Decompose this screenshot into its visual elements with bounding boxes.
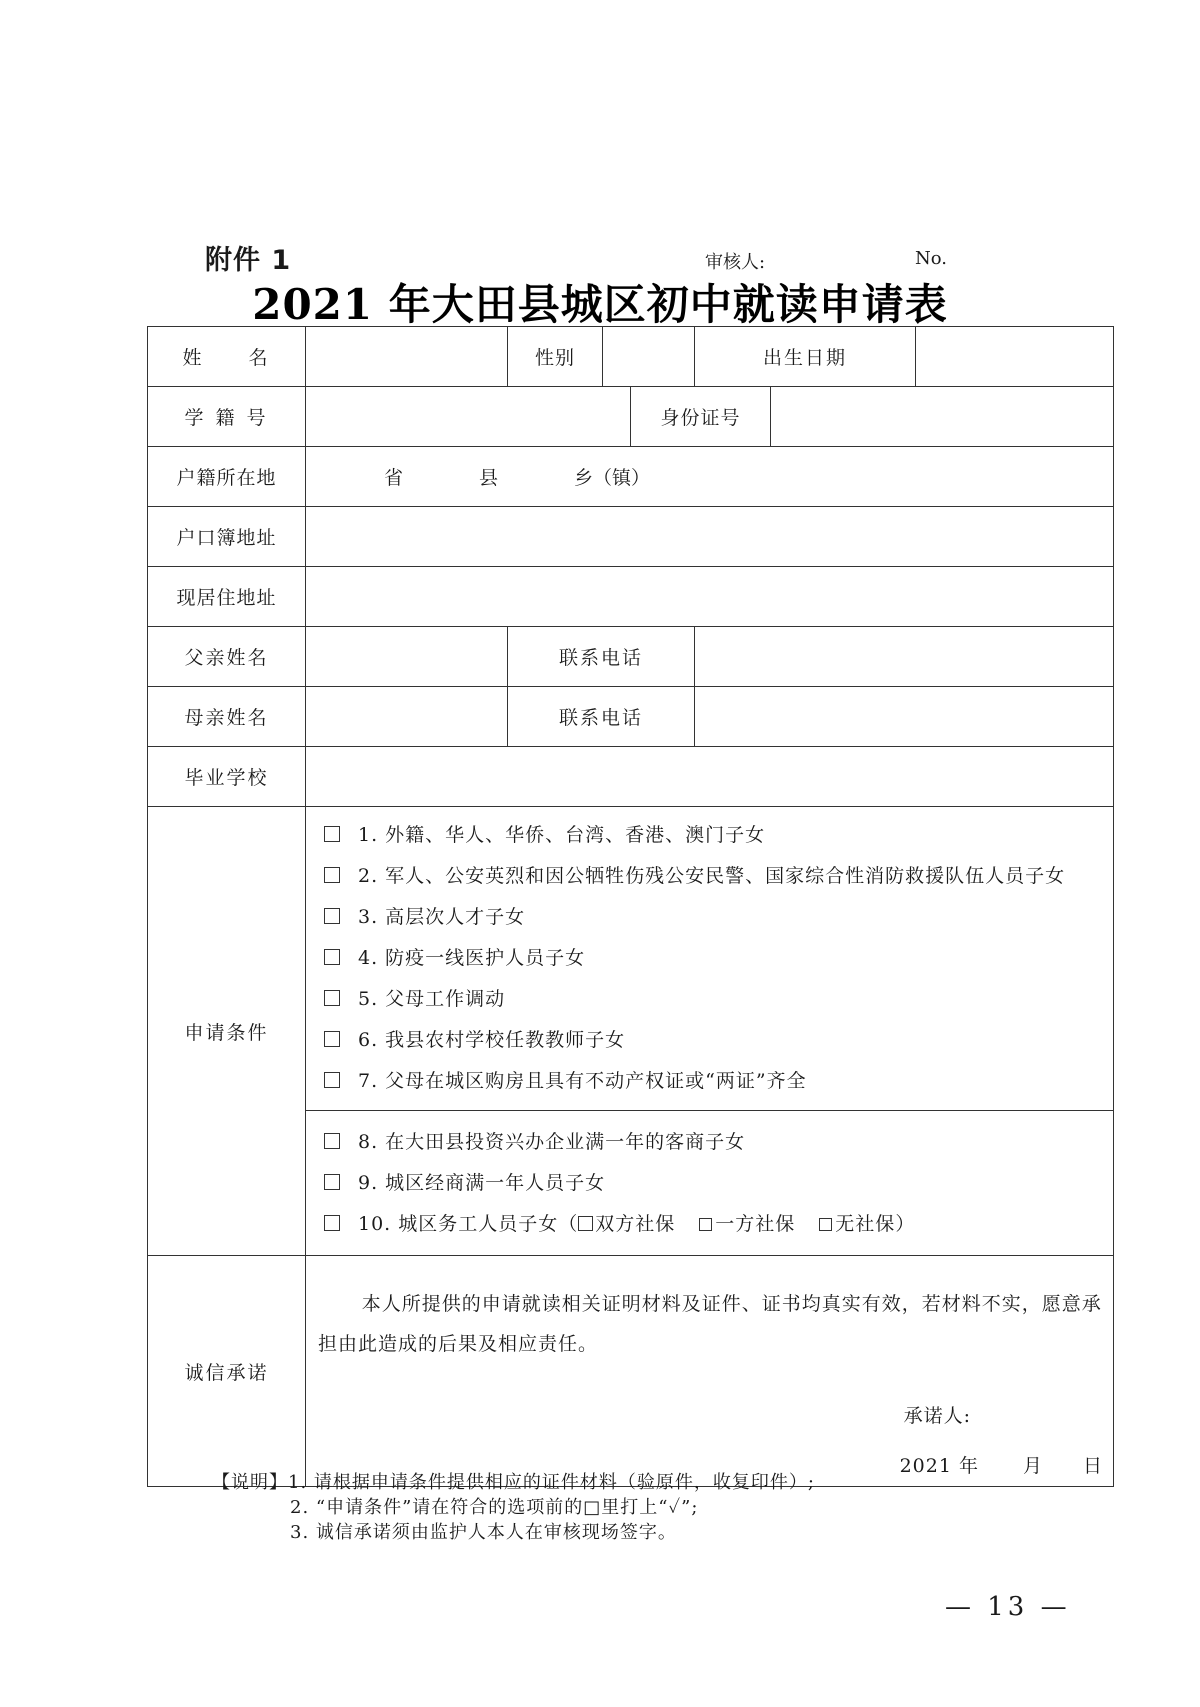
id-card-label: 身份证号	[631, 387, 771, 447]
hukou-address-label: 户口簿地址	[148, 507, 306, 567]
checkbox-icon[interactable]	[324, 1215, 340, 1231]
page-number: — 13 —	[945, 1592, 1071, 1622]
notes-section: 【说明】1. 请根据申请条件提供相应的证件材料（验原件，收复印件）; 2. “申…	[212, 1470, 815, 1545]
condition-item-1[interactable]: 1. 外籍、华人、华侨、台湾、香港、澳门子女	[324, 815, 1113, 856]
birth-date-label: 出生日期	[695, 327, 916, 387]
condition-item-2[interactable]: 2. 军人、公安英烈和因公牺牲伤残公安民警、国家综合性消防救援队伍人员子女	[324, 856, 1113, 897]
pledge-date: 2021 年月日	[900, 1451, 1103, 1478]
form-row-hukou-address: 户口簿地址	[148, 507, 1114, 567]
note-item-3: 3. 诚信承诺须由监护人本人在审核现场签字。	[212, 1520, 815, 1545]
checkbox-icon[interactable]	[324, 1174, 340, 1190]
checkbox-icon[interactable]	[324, 949, 340, 965]
reviewer-label: 审核人:	[705, 248, 765, 274]
graduated-school-label: 毕业学校	[148, 747, 306, 807]
name-label: 姓 名	[148, 327, 306, 387]
mother-phone-field[interactable]	[695, 687, 1114, 747]
mother-name-field[interactable]	[306, 687, 508, 747]
form-row-father: 父亲姓名 联系电话	[148, 627, 1114, 687]
checkbox-icon[interactable]	[324, 908, 340, 924]
checkbox-icon[interactable]	[324, 1072, 340, 1088]
current-address-field[interactable]	[306, 567, 1114, 627]
form-row-pledge: 诚信承诺 本人所提供的申请就读相关证明材料及证件、证书均真实有效，若材料不实，愿…	[148, 1256, 1114, 1487]
form-row-school: 毕业学校	[148, 747, 1114, 807]
notes-prefix: 【说明】	[212, 1472, 288, 1493]
form-row-student-id: 学 籍 号 身份证号	[148, 387, 1114, 447]
page-title: 2021 年大田县城区初中就读申请表	[0, 272, 1200, 332]
form-row-name: 姓 名 性别 出生日期	[148, 327, 1114, 387]
pledge-cell: 本人所提供的申请就读相关证明材料及证件、证书均真实有效，若材料不实，愿意承担由此…	[306, 1256, 1114, 1487]
condition-item-7[interactable]: 7. 父母在城区购房且具有不动产权证或“两证”齐全	[324, 1061, 1113, 1102]
graduated-school-field[interactable]	[306, 747, 1114, 807]
province-label: 省	[384, 467, 403, 489]
date-month: 月	[1023, 1451, 1043, 1478]
form-row-conditions-1: 申请条件 1. 外籍、华人、华侨、台湾、香港、澳门子女 2. 军人、公安英烈和因…	[148, 807, 1114, 1111]
birth-date-field[interactable]	[916, 327, 1114, 387]
conditions-group-1: 1. 外籍、华人、华侨、台湾、香港、澳门子女 2. 军人、公安英烈和因公牺牲伤残…	[306, 807, 1114, 1111]
county-label: 县	[479, 467, 498, 489]
condition-item-10[interactable]: 10. 城区务工人员子女（双方社保一方社保无社保）	[324, 1204, 1113, 1245]
serial-number-label: No.	[915, 248, 947, 269]
gender-label: 性别	[508, 327, 603, 387]
gender-field[interactable]	[603, 327, 695, 387]
student-id-field[interactable]	[306, 387, 631, 447]
note-item-1: 1. 请根据申请条件提供相应的证件材料（验原件，收复印件）;	[288, 1472, 815, 1493]
checkbox-icon[interactable]	[324, 1031, 340, 1047]
condition-item-9[interactable]: 9. 城区经商满一年人员子女	[324, 1163, 1113, 1204]
household-label: 户籍所在地	[148, 447, 306, 507]
current-address-label: 现居住地址	[148, 567, 306, 627]
conditions-group-2: 8. 在大田县投资兴办企业满一年的客商子女 9. 城区经商满一年人员子女 10.…	[306, 1111, 1114, 1256]
condition-item-5[interactable]: 5. 父母工作调动	[324, 979, 1113, 1020]
condition-item-8[interactable]: 8. 在大田县投资兴办企业满一年的客商子女	[324, 1122, 1113, 1163]
condition-item-6[interactable]: 6. 我县农村学校任教教师子女	[324, 1020, 1113, 1061]
mother-phone-label: 联系电话	[508, 687, 695, 747]
pledger-label: 承诺人:	[904, 1401, 971, 1428]
father-phone-label: 联系电话	[508, 627, 695, 687]
form-row-current-address: 现居住地址	[148, 567, 1114, 627]
date-day: 日	[1083, 1451, 1103, 1478]
form-row-mother: 母亲姓名 联系电话	[148, 687, 1114, 747]
checkbox-one-insurance-icon[interactable]	[699, 1218, 712, 1231]
household-field[interactable]: 省县乡（镇）	[306, 447, 1114, 507]
application-form-table: 姓 名 性别 出生日期 学 籍 号 身份证号 户籍所在地 省县乡（镇） 户口簿地…	[147, 326, 1114, 1487]
hukou-address-field[interactable]	[306, 507, 1114, 567]
name-field[interactable]	[306, 327, 508, 387]
checkbox-icon[interactable]	[324, 1133, 340, 1149]
father-name-field[interactable]	[306, 627, 508, 687]
pledge-label: 诚信承诺	[148, 1256, 306, 1487]
mother-name-label: 母亲姓名	[148, 687, 306, 747]
note-item-2: 2. “申请条件”请在符合的选项前的□里打上“✓”;	[212, 1495, 815, 1520]
checkbox-both-insurance-icon[interactable]	[578, 1216, 593, 1231]
id-card-field[interactable]	[771, 387, 1114, 447]
pledge-text: 本人所提供的申请就读相关证明材料及证件、证书均真实有效，若材料不实，愿意承担由此…	[318, 1284, 1103, 1364]
checkbox-icon[interactable]	[324, 990, 340, 1006]
father-name-label: 父亲姓名	[148, 627, 306, 687]
date-year: 2021 年	[900, 1451, 979, 1478]
form-row-household: 户籍所在地 省县乡（镇）	[148, 447, 1114, 507]
checkbox-no-insurance-icon[interactable]	[819, 1218, 832, 1231]
town-label: 乡（镇）	[574, 467, 650, 489]
condition-item-4[interactable]: 4. 防疫一线医护人员子女	[324, 938, 1113, 979]
checkbox-icon[interactable]	[324, 826, 340, 842]
condition-item-3[interactable]: 3. 高层次人才子女	[324, 897, 1113, 938]
checkbox-icon[interactable]	[324, 867, 340, 883]
father-phone-field[interactable]	[695, 627, 1114, 687]
student-id-label: 学 籍 号	[148, 387, 306, 447]
conditions-label: 申请条件	[148, 807, 306, 1256]
